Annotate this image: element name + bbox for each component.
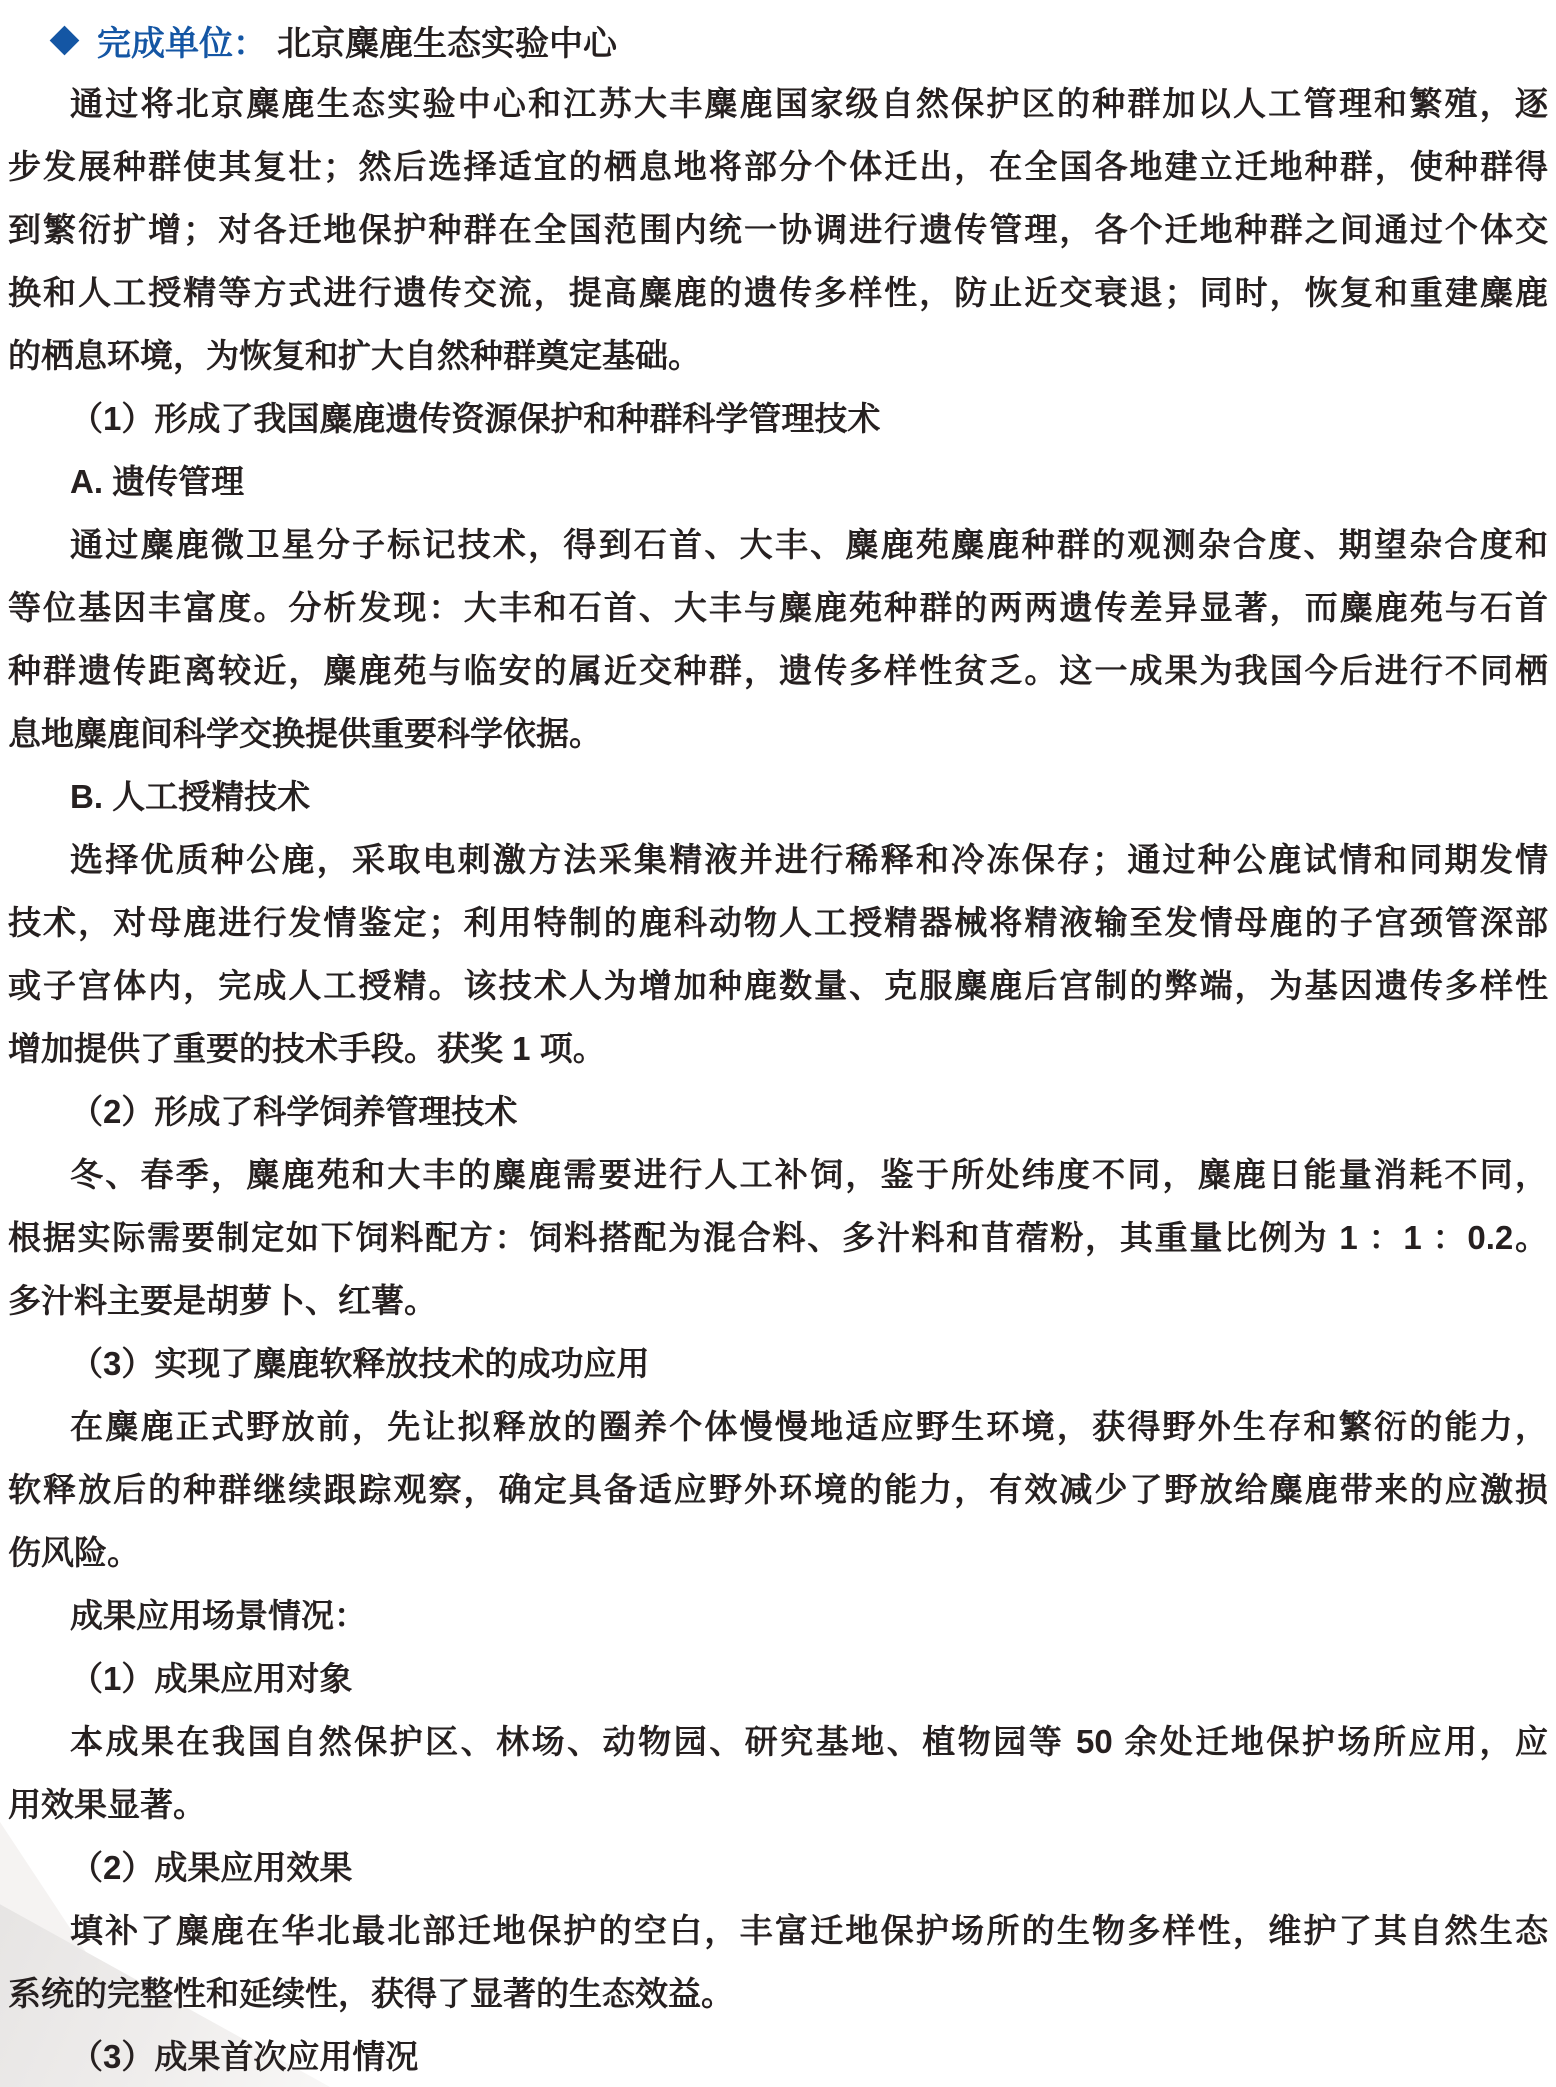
section-heading: （2）成果应用效果 [8, 1836, 1548, 1899]
document-page: 完成单位： 北京麋鹿生态实验中心 通过将北京麋鹿生态实验中心和江苏大丰麋鹿国家级… [0, 0, 1556, 2087]
completing-unit-header: 完成单位： 北京麋鹿生态实验中心 [8, 8, 1548, 72]
paragraph-line: 系统的完整性和延续性，获得了显著的生态效益。 [8, 1962, 1548, 2025]
header-value: 北京麋鹿生态实验中心 [277, 16, 617, 65]
paragraph-line: 步发展种群使其复壮；然后选择适宜的栖息地将部分个体迁出，在全国各地建立迁地种群，… [8, 135, 1548, 198]
paragraph-line: 选择优质种公鹿，采取电刺激方法采集精液并进行稀释和冷冻保存；通过种公鹿试情和同期… [8, 828, 1548, 891]
paragraph-line: 等位基因丰富度。分析发现：大丰和石首、大丰与麋鹿苑种群的两两遗传差异显著，而麋鹿… [8, 576, 1548, 639]
paragraph-line: 种群遗传距离较近，麋鹿苑与临安的属近交种群，遗传多样性贫乏。这一成果为我国今后进… [8, 639, 1548, 702]
paragraph-line: 伤风险。 [8, 1521, 1548, 1584]
paragraph-line: 的栖息环境，为恢复和扩大自然种群奠定基础。 [8, 324, 1548, 387]
section-heading: B. 人工授精技术 [8, 765, 1548, 828]
paragraph-line: 通过将北京麋鹿生态实验中心和江苏大丰麋鹿国家级自然保护区的种群加以人工管理和繁殖… [8, 72, 1548, 135]
paragraph-line: 通过麋鹿微卫星分子标记技术，得到石首、大丰、麋鹿苑麋鹿种群的观测杂合度、期望杂合… [8, 513, 1548, 576]
paragraph-line: 增加提供了重要的技术手段。获奖 1 项。 [8, 1017, 1548, 1080]
section-heading: （1）成果应用对象 [8, 1647, 1548, 1710]
section-heading: 成果应用场景情况： [8, 1584, 1548, 1647]
paragraph-line: 到繁衍扩增；对各迁地保护种群在全国范围内统一协调进行遗传管理，各个迁地种群之间通… [8, 198, 1548, 261]
paragraph-line: 在麋鹿正式野放前，先让拟释放的圈养个体慢慢地适应野生环境，获得野外生存和繁衍的能… [8, 1395, 1548, 1458]
paragraph-line: 本成果在我国自然保护区、林场、动物园、研究基地、植物园等 50 余处迁地保护场所… [8, 1710, 1548, 1773]
paragraph-line: 用效果显著。 [8, 1773, 1548, 1836]
diamond-icon [50, 25, 80, 55]
paragraph-line: 技术，对母鹿进行发情鉴定；利用特制的鹿科动物人工授精器械将精液输至发情母鹿的子宫… [8, 891, 1548, 954]
paragraph-line: 或子宫体内，完成人工授精。该技术人为增加种鹿数量、克服麋鹿后宫制的弊端，为基因遗… [8, 954, 1548, 1017]
section-heading: （3）实现了麋鹿软释放技术的成功应用 [8, 1332, 1548, 1395]
paragraph-line: 根据实际需要制定如下饲料配方：饲料搭配为混合料、多汁料和苜蓿粉，其重量比例为 1… [8, 1206, 1548, 1269]
section-heading: （2）形成了科学饲养管理技术 [8, 1080, 1548, 1143]
paragraph-line: 换和人工授精等方式进行遗传交流，提高麋鹿的遗传多样性，防止近交衰退；同时，恢复和… [8, 261, 1548, 324]
paragraph-line: 多汁料主要是胡萝卜、红薯。 [8, 1269, 1548, 1332]
paragraph-line: 软释放后的种群继续跟踪观察，确定具备适应野外环境的能力，有效减少了野放给麋鹿带来… [8, 1458, 1548, 1521]
section-heading: （1）形成了我国麋鹿遗传资源保护和种群科学管理技术 [8, 387, 1548, 450]
paragraph-line: 冬、春季，麋鹿苑和大丰的麋鹿需要进行人工补饲，鉴于所处纬度不同，麋鹿日能量消耗不… [8, 1143, 1548, 1206]
paragraph-line: 填补了麋鹿在华北最北部迁地保护的空白，丰富迁地保护场所的生物多样性，维护了其自然… [8, 1899, 1548, 1962]
paragraph-line: 息地麋鹿间科学交换提供重要科学依据。 [8, 702, 1548, 765]
header-label: 完成单位： [97, 16, 267, 65]
section-heading: A. 遗传管理 [8, 450, 1548, 513]
section-heading: （3）成果首次应用情况 [8, 2025, 1548, 2087]
